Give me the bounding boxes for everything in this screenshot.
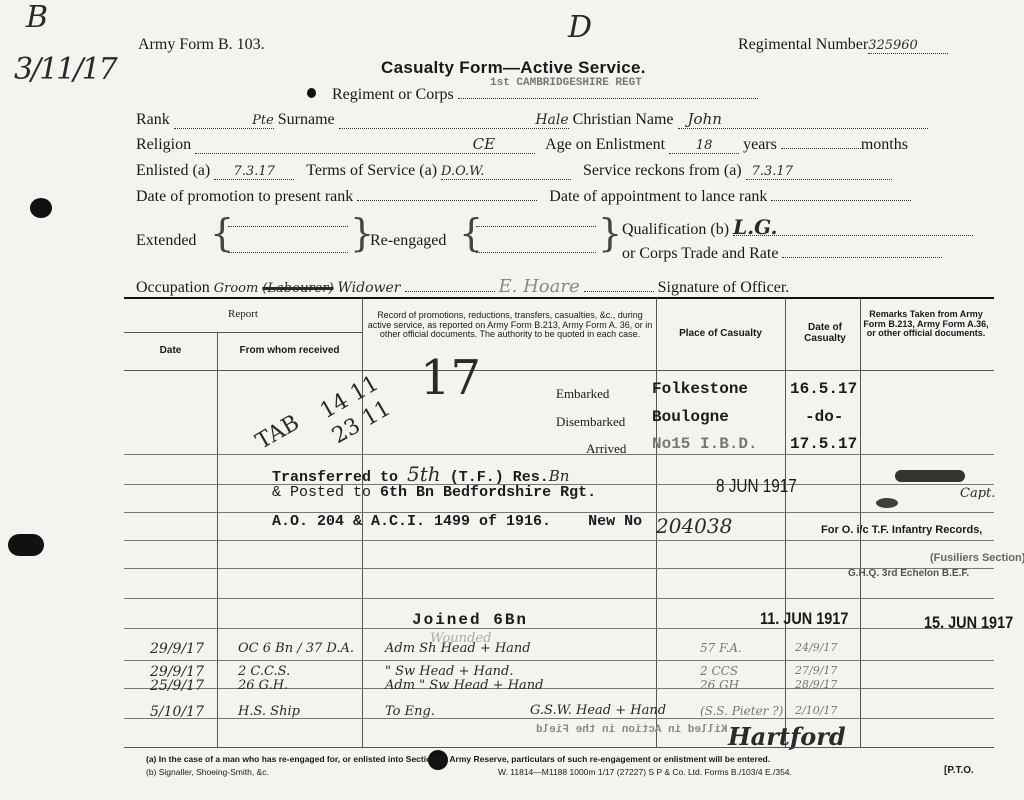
row-place: 26 GH bbox=[700, 678, 739, 692]
header-mark: D bbox=[568, 10, 592, 45]
col-divider bbox=[785, 298, 786, 747]
movement-label: Disembarked bbox=[556, 414, 625, 430]
ink-smudge bbox=[895, 470, 965, 482]
for-oic-stamp: For O. i/c T.F. Infantry Records, bbox=[821, 524, 982, 536]
row-casualty-date: 24/9/17 bbox=[795, 641, 837, 654]
enlisted-label: Enlisted (a) bbox=[136, 162, 210, 179]
row-casualty-date: 28/9/17 bbox=[795, 678, 837, 691]
occupation-label: Occupation bbox=[136, 279, 210, 296]
table-header-rule bbox=[124, 370, 994, 371]
religion-value: CE bbox=[195, 135, 535, 154]
religion-label: Religion bbox=[136, 136, 191, 153]
row-record: Adm " Sw Head + Hand bbox=[385, 678, 544, 693]
table-row-rule bbox=[124, 454, 994, 455]
regiment-field bbox=[458, 98, 758, 99]
remark-signature: Capt. bbox=[960, 486, 995, 501]
movement-label: Arrived bbox=[586, 441, 626, 457]
extended-brace-left: { bbox=[210, 214, 234, 252]
months-field bbox=[781, 148, 861, 149]
footer-rule bbox=[124, 747, 994, 748]
occupation-value-1: Groom bbox=[214, 281, 259, 296]
new-number-label: New No bbox=[588, 513, 642, 530]
rank-value: Pte bbox=[174, 113, 274, 129]
terms-value: D.O.W. bbox=[441, 164, 571, 180]
table-top-rule bbox=[124, 297, 994, 299]
footnote-b: (b) Signaller, Shoeing-Smith, &c. bbox=[146, 767, 269, 777]
movement-place: Boulogne bbox=[652, 408, 729, 426]
col-header-from: From whom received bbox=[217, 345, 362, 356]
signature-label: Signature of Officer. bbox=[658, 279, 790, 296]
row-from: H.S. Ship bbox=[238, 704, 300, 719]
col-header-date-casualty: Date of Casualty bbox=[795, 322, 855, 344]
killed-stamp: Killed in Action in the Field bbox=[536, 724, 727, 736]
wounded-note: Wounded bbox=[430, 631, 491, 646]
movement-place: No15 I.B.D. bbox=[652, 435, 758, 453]
gsw-note: G.S.W. Head + Hand bbox=[530, 703, 666, 718]
trade-field bbox=[782, 257, 942, 258]
table-row-rule bbox=[124, 540, 994, 541]
col-header-date: Date bbox=[124, 345, 217, 356]
ink-spot bbox=[307, 88, 316, 98]
transfer-date-stamp: 8 JUN 1917 bbox=[716, 476, 797, 497]
trade-label: or Corps Trade and Rate bbox=[622, 245, 778, 262]
authority-line: A.O. 204 & A.C.I. 1499 of 1916. New No bbox=[272, 513, 642, 530]
religion-row: Religion CE Age on Enlistment 18 years m… bbox=[136, 135, 908, 154]
punch-hole bbox=[30, 198, 52, 218]
surname-label: Surname bbox=[278, 111, 335, 128]
qualification-label: Qualification (b) bbox=[622, 221, 729, 238]
joined-stamp: Joined 6Bn bbox=[412, 611, 528, 629]
occupation-field bbox=[405, 291, 495, 292]
christian-name-label: Christian Name bbox=[573, 111, 674, 128]
section-stamp: (Fusiliers Section) bbox=[930, 552, 1024, 564]
lance-rank-field bbox=[771, 200, 911, 201]
signature-field bbox=[584, 291, 654, 292]
row-from: OC 6 Bn / 37 D.A. bbox=[238, 641, 354, 656]
pto-label: [P.T.O. bbox=[944, 765, 974, 776]
new-number-value: 204038 bbox=[656, 514, 732, 538]
joined-date-1: 11. JUN 1917 bbox=[760, 609, 848, 629]
promotion-row: Date of promotion to present rank Date o… bbox=[136, 188, 911, 206]
occupation-value-2: Widower bbox=[338, 280, 401, 296]
regiment-label: Regiment or Corps bbox=[332, 86, 454, 103]
row-place: 57 F.A. bbox=[700, 641, 742, 655]
row-casualty-date: 2/10/17 bbox=[795, 704, 837, 717]
reengaged-field-1 bbox=[476, 226, 596, 227]
ghq-stamp: G.H.Q. 3rd Echelon B.E.F. bbox=[848, 568, 969, 579]
occupation-row: Occupation Groom (Labourer) Widower E. H… bbox=[136, 276, 789, 297]
extended-label: Extended bbox=[136, 232, 196, 250]
christian-name-value: John bbox=[678, 110, 928, 129]
posted-value: 6th Bn Bedfordshire Rgt. bbox=[380, 484, 596, 501]
ink-smudge bbox=[876, 498, 898, 508]
age-value: 18 bbox=[669, 138, 739, 154]
rank-row: Rank Pte Surname Hale Christian Name Joh… bbox=[136, 110, 928, 129]
form-number: Army Form B. 103. bbox=[138, 36, 265, 54]
years-label: years bbox=[743, 136, 777, 153]
col-header-remarks: Remarks Taken from Army Form B.213, Army… bbox=[862, 310, 990, 339]
regimental-number-text: Regimental Number bbox=[738, 36, 868, 53]
movement-date: -do- bbox=[805, 408, 843, 426]
transfer-value: 5th bbox=[407, 462, 441, 486]
row-date: 25/9/17 bbox=[150, 678, 204, 694]
posted-line: & Posted to 6th Bn Bedfordshire Rgt. bbox=[272, 484, 596, 501]
tab-stamp: TAB bbox=[252, 410, 304, 454]
table-row-rule bbox=[124, 598, 994, 599]
reckons-value: 7.3.17 bbox=[746, 164, 892, 180]
table-row-rule bbox=[124, 628, 994, 629]
movement-place: Folkestone bbox=[652, 380, 748, 398]
months-label: months bbox=[861, 136, 908, 153]
surname-value: Hale bbox=[339, 112, 569, 129]
reengaged-field-2 bbox=[476, 252, 596, 253]
row-from: 2 C.C.S. bbox=[238, 664, 290, 679]
promotion-field bbox=[357, 200, 537, 201]
printer-line: W. 11814—M1188 1000m 1/17 (27227) S P & … bbox=[498, 767, 792, 777]
transfer-line-1: Transferred to 5th (T.F.) Res.Bn bbox=[272, 462, 569, 486]
reengaged-label: Re-engaged bbox=[370, 232, 446, 250]
extended-field-2 bbox=[228, 252, 348, 253]
report-header: Report bbox=[124, 309, 362, 320]
posted-label: & Posted to bbox=[272, 484, 371, 501]
row-place: (S.S. Pieter ?) bbox=[700, 704, 783, 718]
row-casualty-date: 27/9/17 bbox=[795, 664, 837, 677]
reengaged-brace-left: { bbox=[459, 214, 483, 252]
movement-date: 17.5.17 bbox=[790, 435, 857, 453]
col-header-place: Place of Casualty bbox=[656, 328, 785, 339]
corner-annotation-date: 3/11/17 bbox=[14, 52, 116, 87]
regiment-row: Regiment or Corps bbox=[332, 86, 758, 104]
terms-label: Terms of Service (a) bbox=[306, 162, 437, 179]
row-date: 5/10/17 bbox=[150, 704, 204, 720]
regimental-number-label: Regimental Number325960 bbox=[738, 36, 948, 54]
row-place: 2 CCS bbox=[700, 664, 738, 678]
extended-field-1 bbox=[228, 226, 348, 227]
col-header-record: Record of promotions, reductions, transf… bbox=[366, 311, 654, 340]
qualification-row: Qualification (b) L.G. bbox=[622, 219, 973, 239]
col-divider bbox=[860, 298, 861, 747]
transfer-hand: Bn bbox=[549, 467, 570, 485]
reckons-label: Service reckons from (a) bbox=[583, 162, 742, 179]
big-year-mark: 17 bbox=[420, 350, 481, 406]
trade-row: or Corps Trade and Rate bbox=[622, 245, 942, 263]
rank-label: Rank bbox=[136, 111, 170, 128]
footnote-a: (a) In the case of a man who has re-enga… bbox=[146, 754, 770, 764]
age-label: Age on Enlistment bbox=[545, 136, 665, 153]
row-record: " Sw Head + Hand. bbox=[385, 664, 513, 679]
row-date: 29/9/17 bbox=[150, 641, 204, 657]
officer-signature: E. Hoare bbox=[499, 276, 580, 297]
occupation-struck-value: (Labourer) bbox=[262, 281, 333, 296]
reengaged-brace-right: } bbox=[598, 214, 622, 252]
qualification-value: L.G. bbox=[733, 219, 973, 236]
row-from: 26 G.H. bbox=[238, 678, 288, 693]
report-subheader-rule bbox=[124, 332, 362, 333]
row-record: To Eng. bbox=[385, 704, 435, 719]
regimental-number-value: 325960 bbox=[868, 38, 948, 54]
page-title: Casualty Form—Active Service. bbox=[381, 58, 646, 78]
corner-annotation-letter: B bbox=[26, 0, 48, 35]
authority-text: A.O. 204 & A.C.I. 1499 of 1916. bbox=[272, 513, 551, 530]
table-row-rule bbox=[124, 660, 994, 661]
lance-rank-label: Date of appointment to lance rank bbox=[549, 188, 767, 205]
enlisted-value: 7.3.17 bbox=[214, 164, 294, 180]
movement-date: 16.5.17 bbox=[790, 380, 857, 398]
enlisted-row: Enlisted (a) 7.3.17 Terms of Service (a)… bbox=[136, 162, 892, 180]
punch-hole bbox=[8, 534, 44, 556]
promotion-label: Date of promotion to present rank bbox=[136, 188, 353, 205]
movement-label: Embarked bbox=[556, 386, 609, 402]
joined-date-2: 15. JUN 1917 bbox=[924, 613, 1013, 633]
